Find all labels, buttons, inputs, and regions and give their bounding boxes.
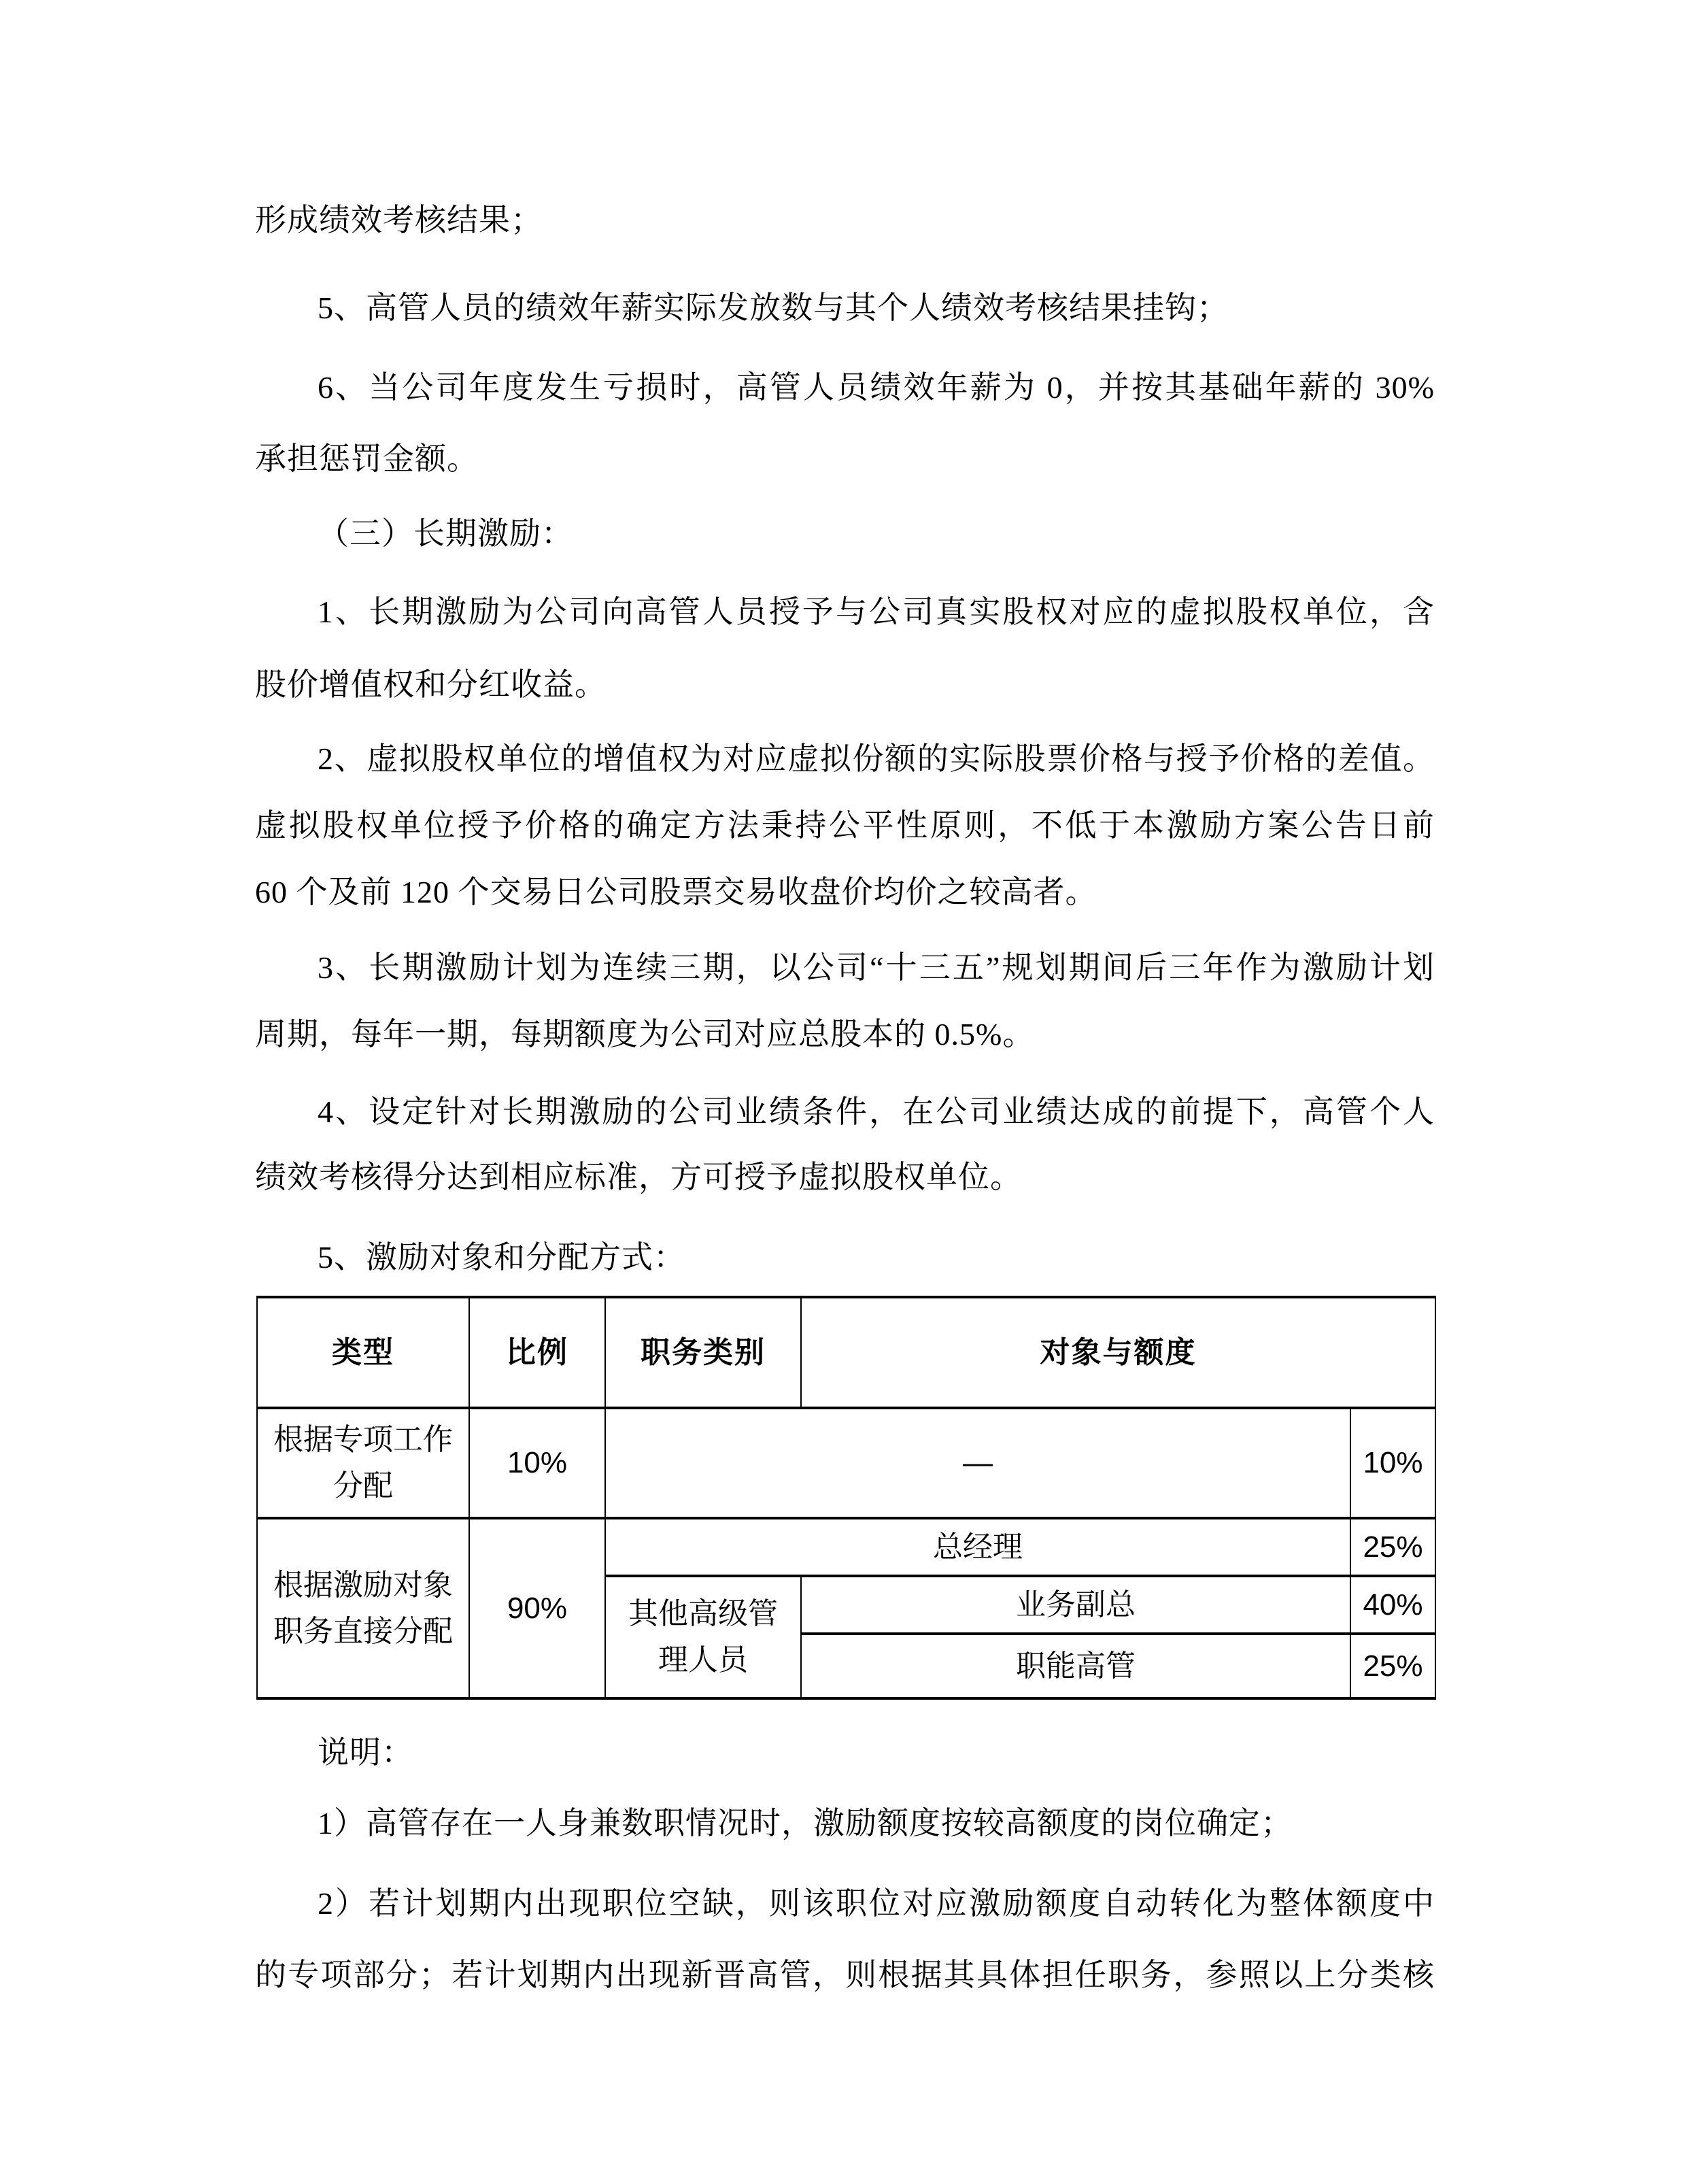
cell-position-ratio: 90%	[469, 1518, 605, 1698]
table-header-row: 类型 比例 职务类别 对象与额度	[257, 1297, 1435, 1408]
doc-line: 2、虚拟股权单位的增值权为对应虚拟份额的实际股票价格与授予价格的差值。	[318, 739, 1435, 779]
table-row: 根据激励对象职务直接分配 90% 总经理 25%	[257, 1518, 1435, 1576]
cell-special-type: 根据专项工作分配	[257, 1408, 469, 1518]
cell-functional-quota: 25%	[1350, 1634, 1435, 1698]
header-cell-ratio: 比例	[469, 1297, 605, 1408]
doc-line: 4、设定针对长期激励的公司业绩条件，在公司业绩达成的前提下，高管个人	[318, 1092, 1435, 1132]
table-row: 根据专项工作分配 10% — 10%	[257, 1408, 1435, 1518]
doc-line: 60 个及前 120 个交易日公司股票交易收盘价均价之较高者。	[255, 873, 1097, 912]
cell-functional-target: 职能高管	[801, 1634, 1350, 1698]
cell-special-quota: 10%	[1350, 1408, 1435, 1518]
cell-special-ratio: 10%	[469, 1408, 605, 1518]
doc-line: 6、当公司年度发生亏损时，高管人员绩效年薪为 0，并按其基础年薪的 30%	[318, 368, 1435, 407]
header-cell-position: 职务类别	[605, 1297, 801, 1408]
doc-line: 1、长期激励为公司向高管人员授予与公司真实股权对应的虚拟股权单位，含	[318, 592, 1435, 632]
doc-line: 承担惩罚金额。	[255, 439, 479, 479]
allocation-table: 类型 比例 职务类别 对象与额度 根据专项工作分配 10% — 10% 根据激励…	[256, 1296, 1436, 1700]
doc-line: 5、激励对象和分配方式：	[318, 1238, 685, 1277]
doc-line: 股价增值权和分红收益。	[255, 665, 607, 705]
note-line: 2）若计划期内出现职位空缺，则该职位对应激励额度自动转化为整体额度中	[318, 1884, 1435, 1923]
cell-senior-label: 其他高级管理人员	[605, 1576, 801, 1698]
doc-line: 3、长期激励计划为连续三期，以公司“十三五”规划期间后三年作为激励计划	[318, 948, 1435, 988]
note-line: 说明：	[318, 1733, 413, 1773]
doc-line: 虚拟股权单位授予价格的确定方法秉持公平性原则，不低于本激励方案公告日前	[255, 806, 1435, 845]
cell-special-target: —	[605, 1408, 1350, 1518]
note-line: 1）高管存在一人身兼数职情况时，激励额度按较高额度的岗位确定；	[318, 1804, 1293, 1843]
doc-line: 周期，每年一期，每期额度为公司对应总股本的 0.5%。	[255, 1015, 1034, 1054]
doc-line: 形成绩效考核结果；	[255, 201, 543, 240]
header-cell-target-quota: 对象与额度	[801, 1297, 1435, 1408]
header-cell-type: 类型	[257, 1297, 469, 1408]
cell-gm-target: 总经理	[605, 1518, 1350, 1576]
document-page: 形成绩效考核结果； 5、高管人员的绩效年薪实际发放数与其个人绩效考核结果挂钩； …	[0, 0, 1687, 2184]
cell-position-type: 根据激励对象职务直接分配	[257, 1518, 469, 1698]
doc-line: 绩效考核得分达到相应标准，方可授予虚拟股权单位。	[255, 1158, 1022, 1197]
cell-vp-quota: 40%	[1350, 1576, 1435, 1634]
cell-gm-quota: 25%	[1350, 1518, 1435, 1576]
doc-line: （三）长期激励：	[318, 514, 573, 554]
note-line: 的专项部分；若计划期内出现新晋高管，则根据其具体担任职务，参照以上分类核	[255, 1955, 1435, 1995]
cell-vp-target: 业务副总	[801, 1576, 1350, 1634]
doc-line: 5、高管人员的绩效年薪实际发放数与其个人绩效考核结果挂钩；	[318, 288, 1229, 328]
